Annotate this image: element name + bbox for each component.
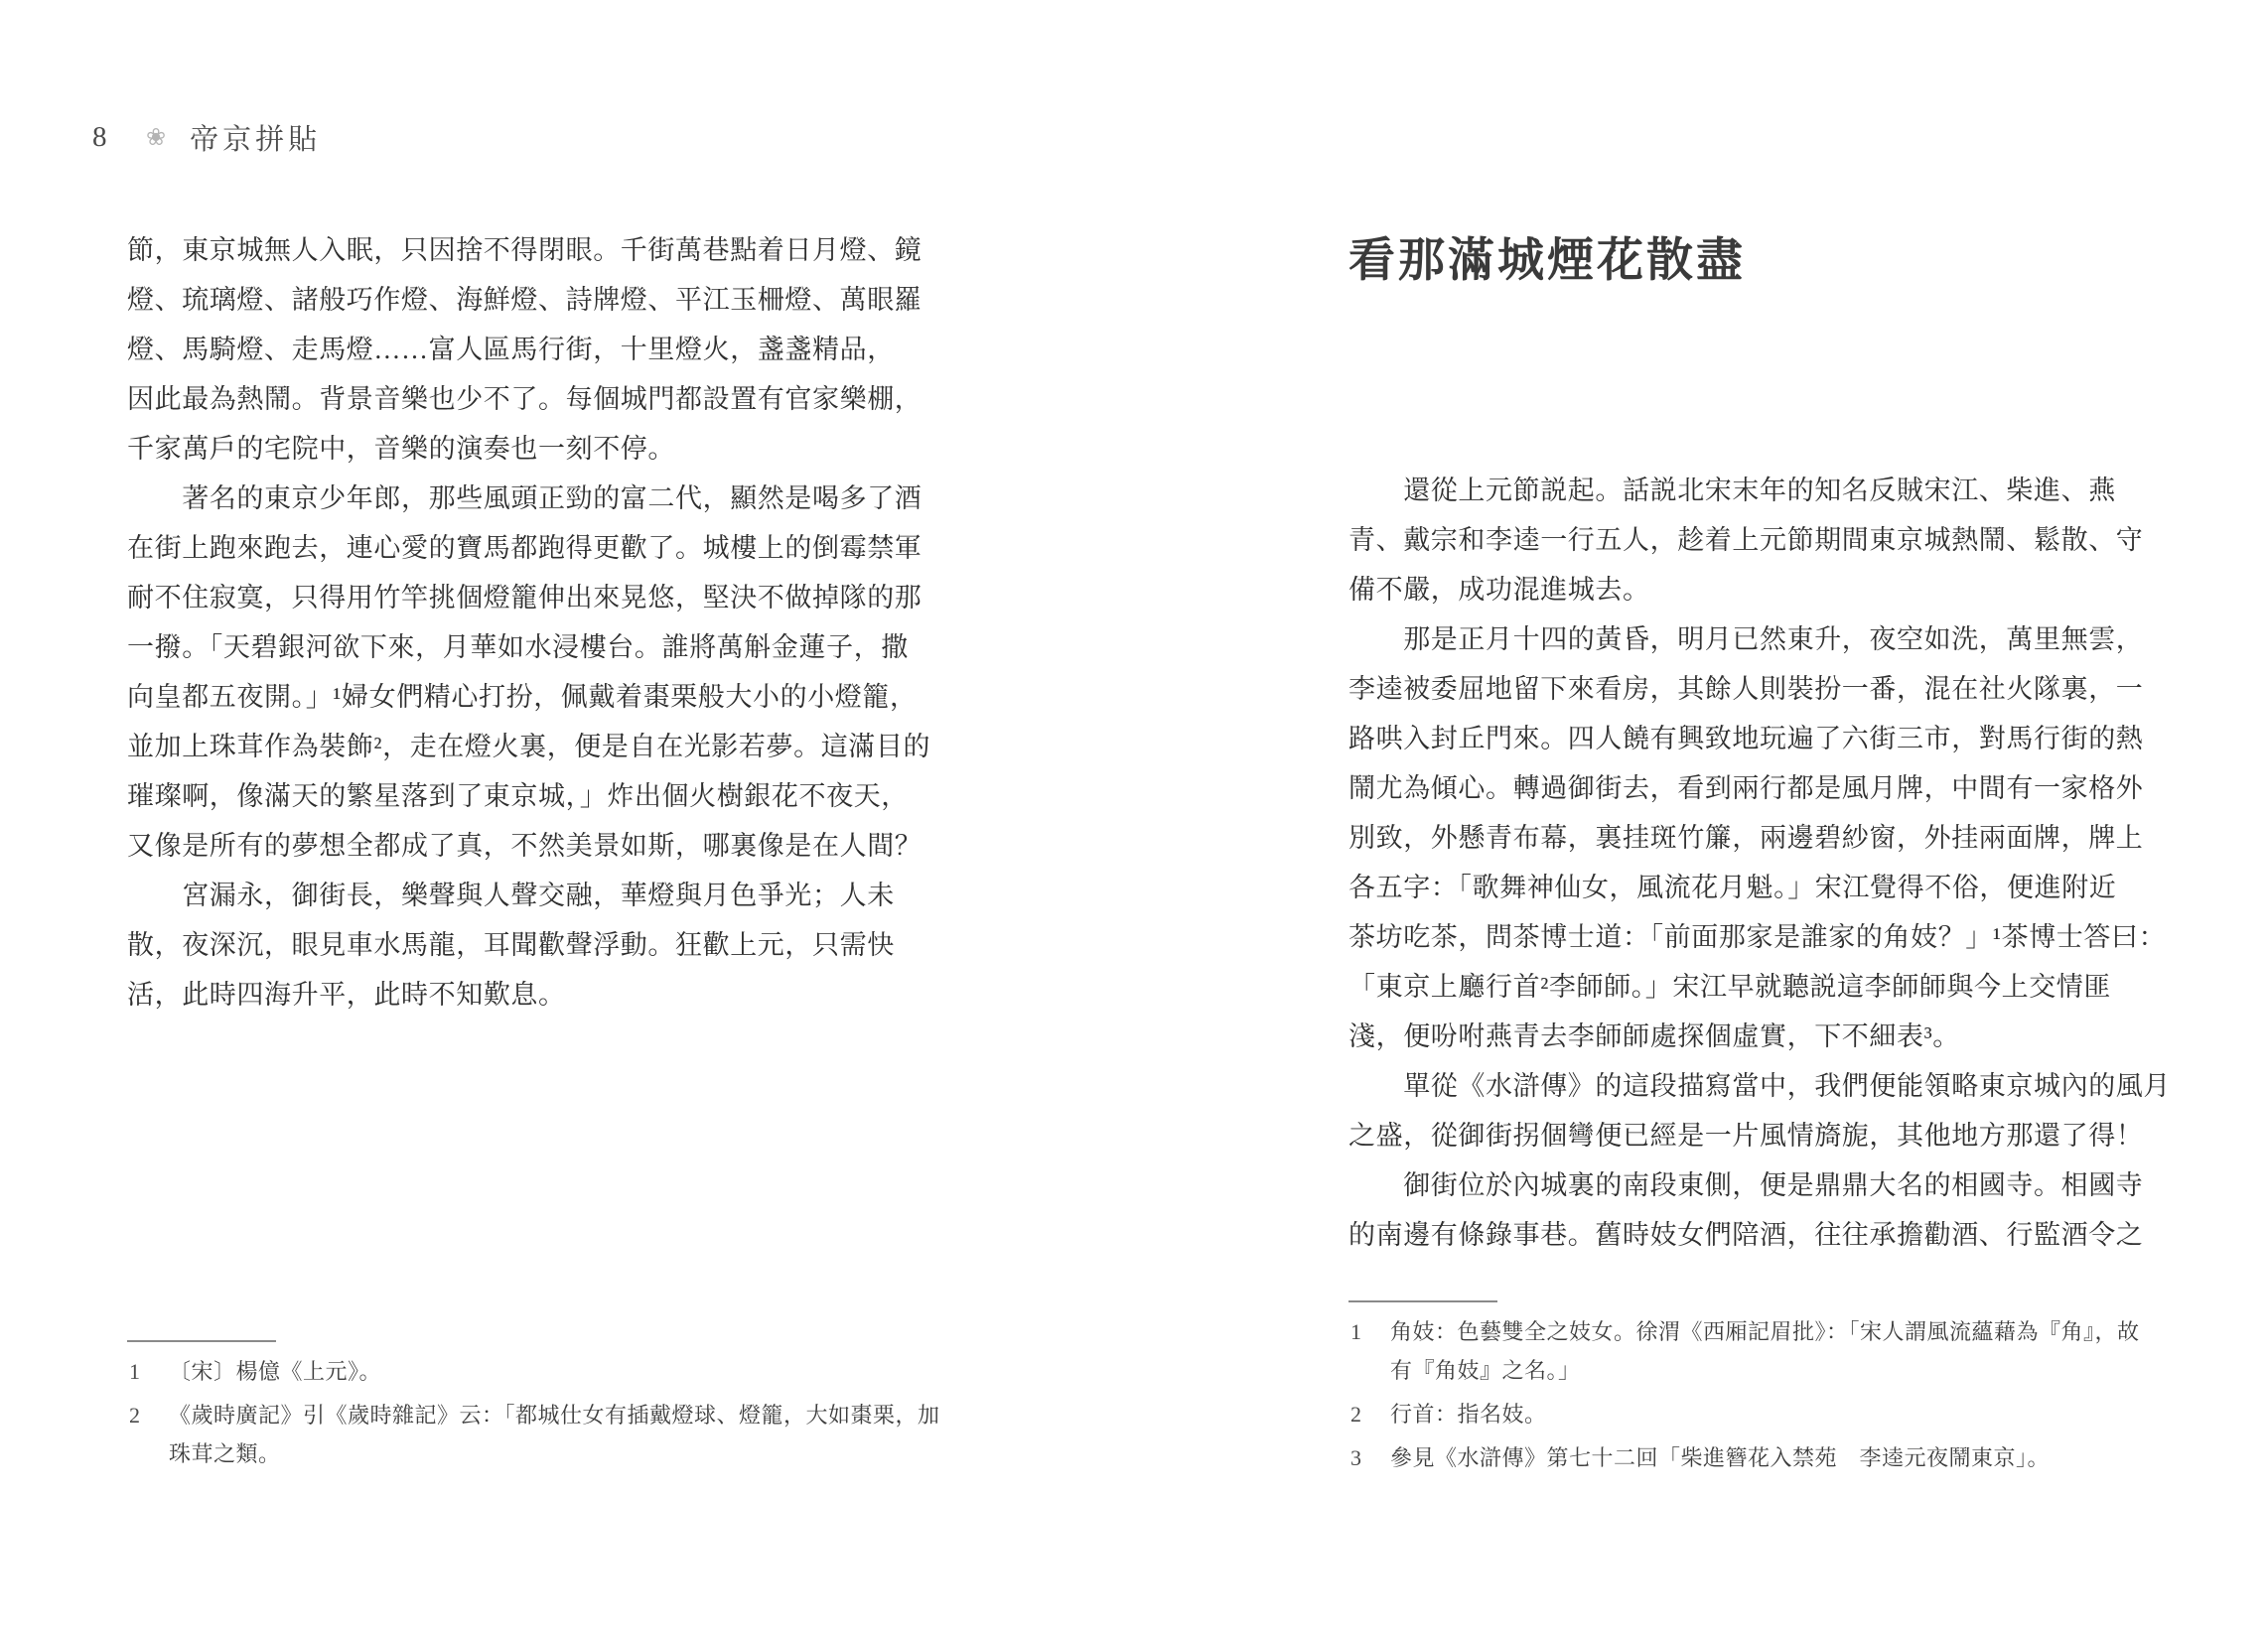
body-line: 向皇都五夜開。」¹婦女們精心打扮，佩戴着棗栗般大小的小燈籠， xyxy=(127,672,951,722)
footnote-number: 3 xyxy=(1350,1438,1361,1477)
body-line: 並加上珠茸作為裝飾²，走在燈火裏，便是自在光影若夢。這滿目的 xyxy=(127,722,951,771)
body-line: 耐不住寂寞，只得用竹竿挑個燈籠伸出來晃悠，堅決不做掉隊的那 xyxy=(127,573,951,622)
body-line: 青、戴宗和李逵一行五人，趁着上元節期間東京城熱鬧、鬆散、守 xyxy=(1348,515,2173,565)
book-title: 帝京拼貼 xyxy=(190,117,321,158)
footnote-number: 1 xyxy=(1350,1312,1361,1351)
left-page-footnotes: 1 〔宋〕楊億《上元》。 2 《歲時廣記》引《歲時雜記》云：「都城仕女有插戴燈球… xyxy=(127,1340,951,1478)
footnote-number: 2 xyxy=(129,1396,140,1434)
footnote-number: 1 xyxy=(129,1352,140,1391)
footnote-text: 行首：指名妓。 xyxy=(1390,1395,2173,1433)
body-line: 因此最為熱鬧。背景音樂也少不了。每個城門都設置有官家樂棚， xyxy=(127,374,951,424)
body-line: 在街上跑來跑去，連心愛的寶馬都跑得更歡了。城樓上的倒霉禁軍 xyxy=(127,523,951,573)
book-spread: 8 ❀ 帝京拼貼 節，東京城無人入眠，只因捨不得閉眼。千街萬巷點着日月燈、鏡 燈… xyxy=(0,0,2268,1634)
rosette-icon: ❀ xyxy=(146,126,168,150)
body-line: 千家萬戶的宅院中，音樂的演奏也一刻不停。 xyxy=(127,424,951,474)
body-line: 之盛，從御街拐個彎便已經是一片風情旖旎，其他地方那還了得！ xyxy=(1348,1111,2173,1160)
page-number: 8 xyxy=(92,121,118,154)
body-line: 別致，外懸青布幕，裏挂斑竹簾，兩邊碧紗窗，外挂兩面牌，牌上 xyxy=(1348,813,2173,863)
body-line: 淺，便吩咐燕青去李師師處探個虛實，下不細表³。 xyxy=(1348,1012,2173,1061)
footnote: 1 角妓：色藝雙全之妓女。徐渭《西厢記眉批》：「宋人謂風流蘊藉為『角』，故 有『… xyxy=(1348,1312,2173,1390)
body-line: 鬧尤為傾心。轉過御街去，看到兩行都是風月牌，中間有一家格外 xyxy=(1348,763,2173,813)
body-line: 燈、馬騎燈、走馬燈……富人區馬行街，十里燈火，盞盞精品， xyxy=(127,325,951,374)
chapter-title: 看那滿城煙花散盡 xyxy=(1348,223,1746,290)
left-page-body: 節，東京城無人入眠，只因捨不得閉眼。千街萬巷點着日月燈、鏡 燈、琉璃燈、諸般巧作… xyxy=(127,225,951,1020)
footnote-text: 珠茸之類。 xyxy=(169,1434,951,1473)
body-line: 的南邊有條錄事巷。舊時妓女們陪酒，往往承擔勸酒、行監酒令之 xyxy=(1348,1210,2173,1260)
footnote: 3 參見《水滸傳》第七十二回「柴進簪花入禁苑 李逵元夜鬧東京」。 xyxy=(1348,1438,2173,1477)
right-page-footnotes: 1 角妓：色藝雙全之妓女。徐渭《西厢記眉批》：「宋人謂風流蘊藉為『角』，故 有『… xyxy=(1348,1300,2173,1482)
body-line: 「東京上廳行首²李師師。」宋江早就聽説這李師師與今上交情匪 xyxy=(1348,962,2173,1012)
body-line: 李逵被委屈地留下來看房，其餘人則裝扮一番，混在社火隊裏，一 xyxy=(1348,664,2173,714)
footnote-text: 有『角妓』之名。」 xyxy=(1390,1351,2173,1390)
footnote-divider xyxy=(127,1340,276,1342)
footnote-text: 〔宋〕楊億《上元》。 xyxy=(169,1352,951,1391)
body-line: 節，東京城無人入眠，只因捨不得閉眼。千街萬巷點着日月燈、鏡 xyxy=(127,225,951,275)
body-line: 又像是所有的夢想全都成了真，不然美景如斯，哪裏像是在人間？ xyxy=(127,821,951,871)
body-line: 還從上元節説起。話説北宋末年的知名反賊宋江、柴進、燕 xyxy=(1348,466,2173,515)
body-line: 璀璨啊，像滿天的繁星落到了東京城，」炸出個火樹銀花不夜天， xyxy=(127,771,951,821)
body-line: 御街位於內城裏的南段東側，便是鼎鼎大名的相國寺。相國寺 xyxy=(1348,1160,2173,1210)
body-line: 活，此時四海升平，此時不知歎息。 xyxy=(127,970,951,1020)
footnote-text: 參見《水滸傳》第七十二回「柴進簪花入禁苑 李逵元夜鬧東京」。 xyxy=(1390,1438,2173,1477)
footnote: 2 《歲時廣記》引《歲時雜記》云：「都城仕女有插戴燈球、燈籠，大如棗栗，加 珠茸… xyxy=(127,1396,951,1473)
right-page-body: 還從上元節説起。話説北宋末年的知名反賊宋江、柴進、燕 青、戴宗和李逵一行五人，趁… xyxy=(1348,466,2173,1260)
body-line: 著名的東京少年郎，那些風頭正勁的富二代，顯然是喝多了酒 xyxy=(127,474,951,523)
body-line: 備不嚴，成功混進城去。 xyxy=(1348,565,2173,614)
footnote-divider xyxy=(1348,1300,1497,1302)
body-line: 燈、琉璃燈、諸般巧作燈、海鮮燈、詩牌燈、平江玉柵燈、萬眼羅 xyxy=(127,275,951,325)
footnote: 2 行首：指名妓。 xyxy=(1348,1395,2173,1433)
body-line: 各五字：「歌舞神仙女，風流花月魁。」宋江覺得不俗，便進附近 xyxy=(1348,863,2173,912)
body-line: 一撥。「天碧銀河欲下來，月華如水浸樓台。誰將萬斛金蓮子，撒 xyxy=(127,622,951,672)
footnote-text: 《歲時廣記》引《歲時雜記》云：「都城仕女有插戴燈球、燈籠，大如棗栗，加 xyxy=(169,1396,951,1434)
body-line: 宮漏永，御街長，樂聲與人聲交融，華燈與月色爭光；人未 xyxy=(127,871,951,920)
body-line: 單從《水滸傳》的這段描寫當中，我們便能領略東京城內的風月 xyxy=(1348,1061,2173,1111)
body-line: 茶坊吃茶，問茶博士道：「前面那家是誰家的角妓？」¹茶博士答曰： xyxy=(1348,912,2173,962)
footnote-text: 角妓：色藝雙全之妓女。徐渭《西厢記眉批》：「宋人謂風流蘊藉為『角』，故 xyxy=(1390,1312,2173,1351)
footnote: 1 〔宋〕楊億《上元》。 xyxy=(127,1352,951,1391)
footnote-number: 2 xyxy=(1350,1395,1361,1433)
body-line: 散，夜深沉，眼見車水馬龍，耳聞歡聲浮動。狂歡上元，只需快 xyxy=(127,920,951,970)
body-line: 那是正月十四的黃昏，明月已然東升，夜空如洗，萬里無雲， xyxy=(1348,614,2173,664)
running-header: 8 ❀ 帝京拼貼 xyxy=(92,117,321,158)
body-line: 路哄入封丘門來。四人饒有興致地玩遍了六街三市，對馬行街的熱 xyxy=(1348,714,2173,763)
